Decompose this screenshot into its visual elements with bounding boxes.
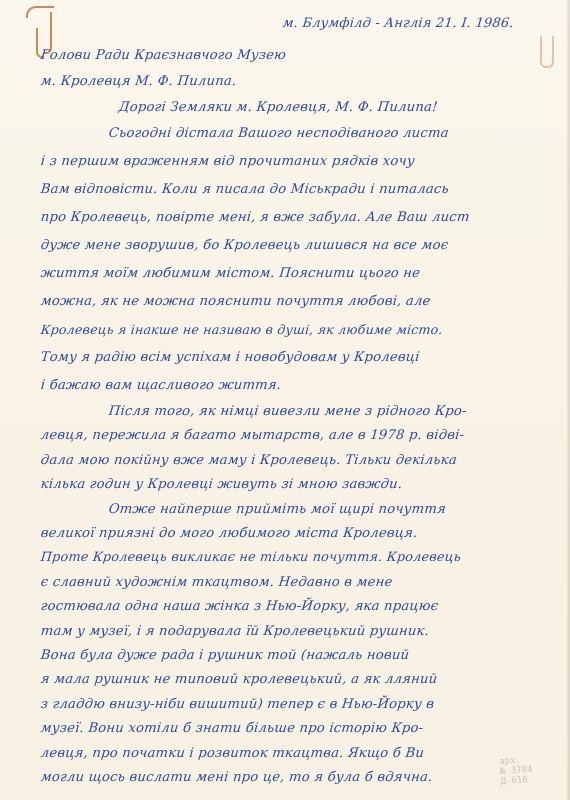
letter-line: могли щось вислати мені про це, то я бул… bbox=[40, 770, 433, 785]
letter-line: музеї. Вони хотіли б знати більше про іс… bbox=[40, 721, 424, 736]
letter-page: м. Блумфілд - Англія 21. I. 1986. Голови… bbox=[0, 0, 570, 800]
letter-line: про Кролевець, повірте мені, я вже забул… bbox=[40, 210, 470, 225]
letter-line: там у музеї, і я подарувала їй Кролевець… bbox=[40, 624, 430, 639]
letter-line: Після того, як німці вивезли мене з рідн… bbox=[108, 404, 467, 419]
letter-line: Сьогодні дістала Вашого несподіваного ли… bbox=[108, 126, 449, 141]
letter-line: левця, пережила я багато мытарств, але в… bbox=[40, 428, 465, 443]
letter-line: Вона була дуже рада і рушник той (нажаль… bbox=[40, 648, 410, 663]
letter-line: можна, як не можна пояснити почуття любо… bbox=[40, 294, 431, 309]
letter-line: і бажаю вам щасливого життя. bbox=[40, 378, 282, 393]
page-edge-shadow bbox=[566, 0, 570, 800]
letter-line: кілька годин у Кролевці живуть зі мною з… bbox=[40, 477, 403, 492]
archive-mark: арх. № 3784 Д-616 bbox=[499, 755, 534, 787]
letter-line: Вам відповісти. Коли я писала до Міськра… bbox=[40, 182, 450, 197]
letter-line: Проте Кролевець викликає не тільки почут… bbox=[40, 550, 462, 565]
letter-line: дала мою покійну вже маму і Кролевець. Т… bbox=[40, 453, 458, 468]
letter-line: з гладдю внизу-ніби вишитий) тепер є в Н… bbox=[40, 697, 435, 712]
addressee-line: м. Кролевця М. Ф. Пилипа. bbox=[40, 74, 237, 89]
letter-line: є славний художнім ткацтвом. Недавно в м… bbox=[40, 575, 393, 590]
letter-line: і з першим враженням від прочитаних рядк… bbox=[40, 154, 416, 169]
salutation: Дорогі Земляки м. Кролевця, М. Ф. Пилипа… bbox=[118, 100, 438, 115]
letter-line: Кролевець я інакше не називаю в душі, як… bbox=[40, 322, 444, 337]
addressee-line: Голови Ради Краєзнавчого Музею bbox=[40, 48, 287, 63]
paperclip-rust-mark bbox=[540, 36, 554, 68]
letter-line: Отже найперше прийміть мої щирі почуття bbox=[108, 502, 447, 517]
letter-line: Тому я радію всім успіхам і новобудовам … bbox=[40, 350, 420, 365]
archive-mark-line: Д-616 bbox=[500, 775, 533, 787]
letter-line: дуже мене зворушив, бо Кролевець лишився… bbox=[40, 238, 449, 253]
letter-line: великої приязні до мого любимого міста К… bbox=[40, 526, 418, 541]
place-date-header: м. Блумфілд - Англія 21. I. 1986. bbox=[282, 16, 514, 31]
letter-line: життя моїм любимим містом. Пояснити цьог… bbox=[40, 266, 421, 281]
letter-line: я мала рушник не типовий кролевецький, а… bbox=[40, 672, 438, 687]
letter-line: гостювала одна наша жінка з Нью-Йорку, я… bbox=[40, 599, 439, 614]
letter-line: левця, про початки і розвиток ткацтва. Я… bbox=[40, 746, 425, 761]
